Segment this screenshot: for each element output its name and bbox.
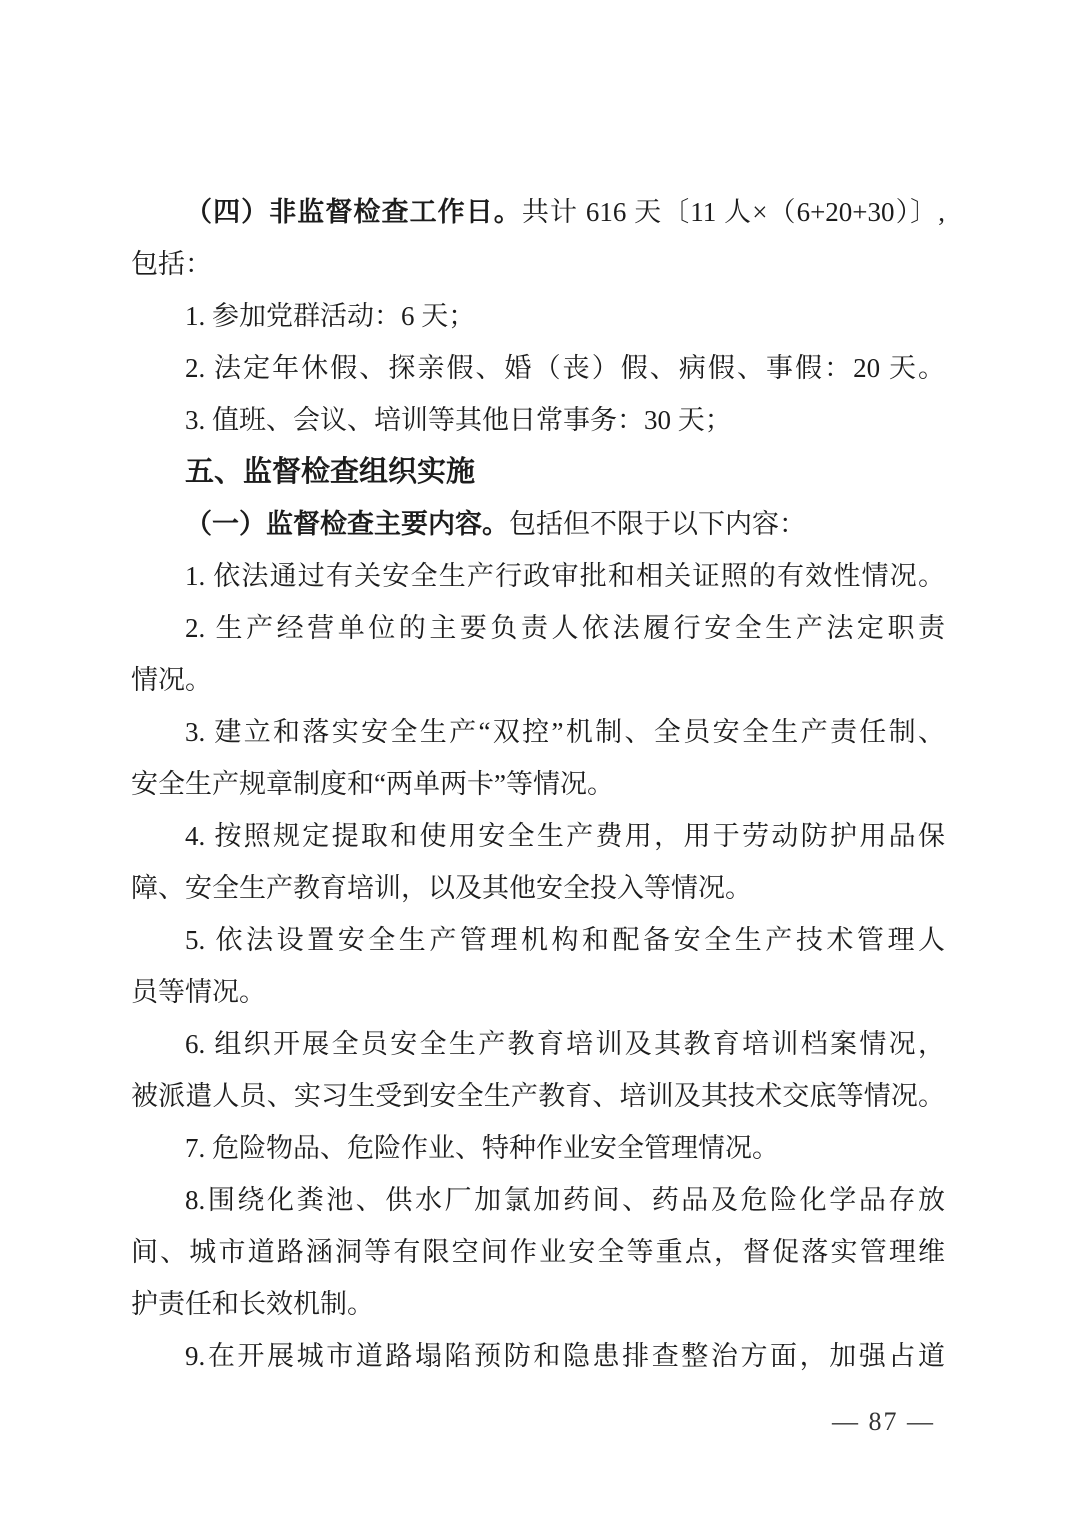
text-segment: 共计 616 天〔11 人×（6+20+30）〕, [522, 197, 945, 227]
text-segment: （一）监督检查主要内容。 [185, 509, 509, 539]
text-line: 五、监督检查组织实施 [131, 446, 945, 498]
text-segment: 五、监督检查组织实施 [185, 456, 475, 488]
text-line: 安全生产规章制度和“两单两卡”等情况。 [131, 758, 945, 810]
text-line: （四）非监督检查工作日。共计 616 天〔11 人×（6+20+30）〕, [131, 186, 945, 238]
text-segment: 7. 危险物品、危险作业、特种作业安全管理情况。 [185, 1133, 779, 1163]
text-segment: 1. 参加党群活动：6 天； [185, 301, 475, 331]
text-segment: 2. 法定年休假、探亲假、婚（丧）假、病假、事假：20 天。 [185, 353, 945, 383]
text-line: 1. 参加党群活动：6 天； [131, 290, 945, 342]
text-segment: 间、城市道路涵洞等有限空间作业安全等重点，督促落实管理维 [131, 1237, 945, 1267]
text-line: 1. 依法通过有关安全生产行政审批和相关证照的有效性情况。 [131, 550, 945, 602]
text-segment: 包括： [131, 249, 212, 279]
text-segment: 9.在开展城市道路塌陷预防和隐患排查整治方面，加强占道 [185, 1341, 945, 1371]
text-line: 障、安全生产教育培训，以及其他安全投入等情况。 [131, 862, 945, 914]
page-footer: — 87 — [832, 1402, 935, 1442]
text-segment: （四）非监督检查工作日。 [185, 197, 522, 227]
document-body: （四）非监督检查工作日。共计 616 天〔11 人×（6+20+30）〕,包括：… [131, 186, 945, 1382]
text-line: 6. 组织开展全员安全生产教育培训及其教育培训档案情况， [131, 1018, 945, 1070]
text-line: 护责任和长效机制。 [131, 1278, 945, 1330]
text-segment: 1. 依法通过有关安全生产行政审批和相关证照的有效性情况。 [185, 561, 945, 591]
text-line: 2. 法定年休假、探亲假、婚（丧）假、病假、事假：20 天。 [131, 342, 945, 394]
text-segment: 6. 组织开展全员安全生产教育培训及其教育培训档案情况， [185, 1029, 945, 1059]
text-segment: 情况。 [131, 665, 212, 695]
text-segment: 障、安全生产教育培训，以及其他安全投入等情况。 [131, 873, 752, 903]
text-line: 5. 依法设置安全生产管理机构和配备安全生产技术管理人 [131, 914, 945, 966]
text-line: （一）监督检查主要内容。包括但不限于以下内容： [131, 498, 945, 550]
text-line: 7. 危险物品、危险作业、特种作业安全管理情况。 [131, 1122, 945, 1174]
text-line: 员等情况。 [131, 966, 945, 1018]
text-line: 4. 按照规定提取和使用安全生产费用，用于劳动防护用品保 [131, 810, 945, 862]
text-line: 3. 建立和落实安全生产“双控”机制、全员安全生产责任制、 [131, 706, 945, 758]
text-segment: 4. 按照规定提取和使用安全生产费用，用于劳动防护用品保 [185, 821, 945, 851]
text-line: 间、城市道路涵洞等有限空间作业安全等重点，督促落实管理维 [131, 1226, 945, 1278]
text-line: 包括： [131, 238, 945, 290]
document-page: （四）非监督检查工作日。共计 616 天〔11 人×（6+20+30）〕,包括：… [0, 0, 1074, 1520]
text-segment: 2. 生产经营单位的主要负责人依法履行安全生产法定职责 [185, 613, 945, 643]
text-line: 被派遣人员、实习生受到安全生产教育、培训及其技术交底等情况。 [131, 1070, 945, 1122]
text-segment: 3. 值班、会议、培训等其他日常事务：30 天； [185, 405, 732, 435]
text-line: 3. 值班、会议、培训等其他日常事务：30 天； [131, 394, 945, 446]
text-segment: 护责任和长效机制。 [131, 1289, 374, 1319]
text-segment: 3. 建立和落实安全生产“双控”机制、全员安全生产责任制、 [185, 717, 945, 747]
text-segment: 员等情况。 [131, 977, 266, 1007]
text-segment: 被派遣人员、实习生受到安全生产教育、培训及其技术交底等情况。 [131, 1081, 945, 1111]
page-number: — 87 — [832, 1407, 935, 1436]
text-segment: 8.围绕化粪池、供水厂加氯加药间、药品及危险化学品存放 [185, 1185, 945, 1215]
text-line: 9.在开展城市道路塌陷预防和隐患排查整治方面，加强占道 [131, 1330, 945, 1382]
text-segment: 包括但不限于以下内容： [509, 509, 806, 539]
text-segment: 5. 依法设置安全生产管理机构和配备安全生产技术管理人 [185, 925, 945, 955]
text-line: 2. 生产经营单位的主要负责人依法履行安全生产法定职责 [131, 602, 945, 654]
text-segment: 安全生产规章制度和“两单两卡”等情况。 [131, 769, 614, 799]
text-line: 8.围绕化粪池、供水厂加氯加药间、药品及危险化学品存放 [131, 1174, 945, 1226]
text-line: 情况。 [131, 654, 945, 706]
